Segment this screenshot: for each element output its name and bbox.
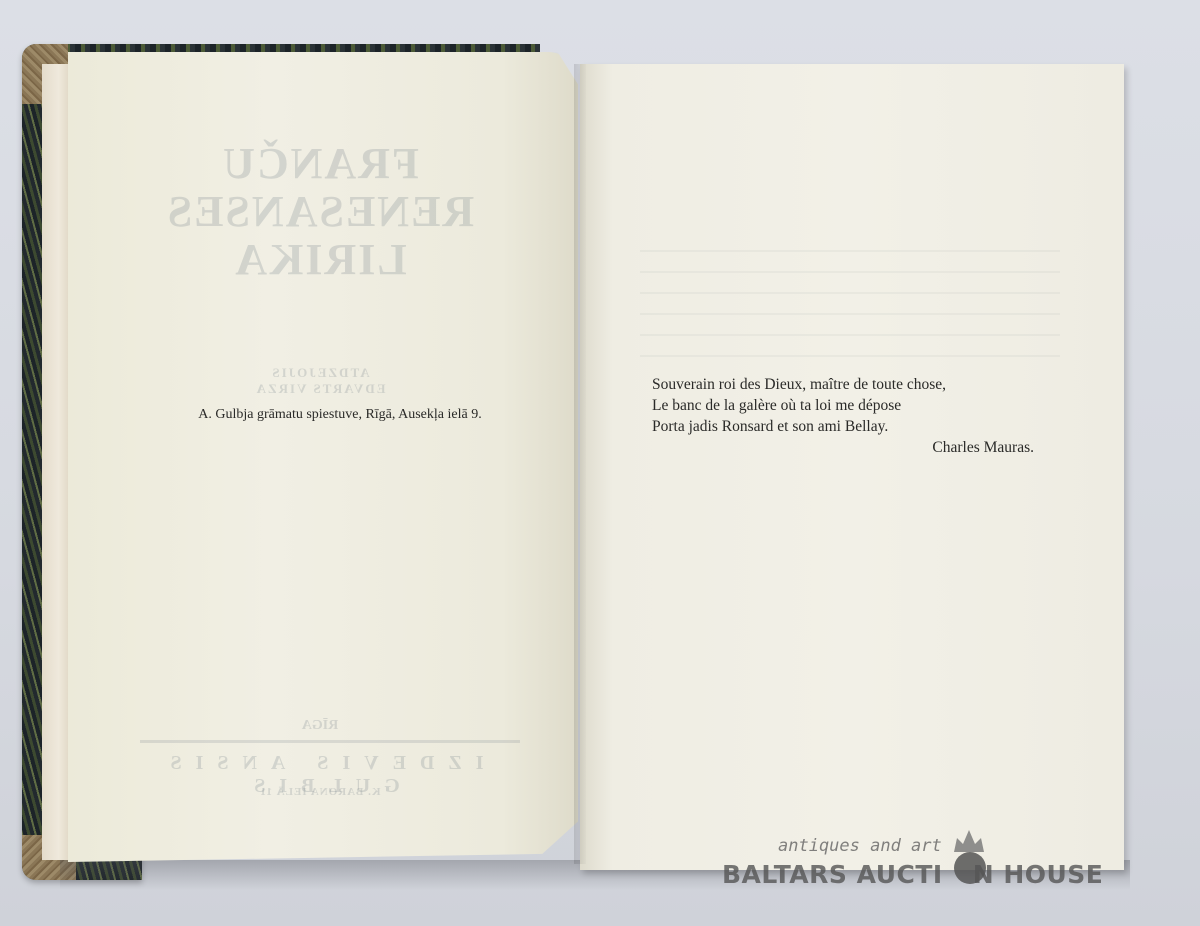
book-photo: FRANČU RENESANSES LIRIKA ATDZEJOJIS EDVA…: [0, 0, 1200, 926]
printer-imprint: A. Gulbja grāmatu spiestuve, Rīgā, Ausek…: [160, 407, 520, 423]
book-gutter: [574, 64, 586, 864]
show-through-lines: [640, 250, 1060, 376]
right-page: [580, 64, 1124, 870]
endpaper-strip: [42, 64, 71, 860]
epigraph: Souverain roi des Dieux, maître de toute…: [652, 374, 1052, 458]
show-through-city: RĪGA: [100, 718, 540, 734]
show-through-title: FRANČU RENESANSES LIRIKA: [100, 140, 540, 284]
watermark-brand: BALTARS AUCTIN HOUSE: [722, 860, 1103, 889]
show-through-rule: [140, 740, 520, 743]
epigraph-line: Souverain roi des Dieux, maître de toute…: [652, 374, 1052, 395]
epigraph-line: Porta jadis Ronsard et son ami Bellay.: [652, 416, 1052, 437]
crown-icon: [952, 830, 986, 854]
show-through-translator: ATDZEJOJIS EDVARTS VIRZA: [100, 365, 540, 397]
epigraph-author: Charles Mauras.: [652, 437, 1052, 458]
epigraph-line: Le banc de la galère où ta loi me dépose: [652, 395, 1052, 416]
show-through-address: K. BARONA IELĀ 11: [100, 786, 540, 798]
watermark-logo: antiques and art BALTARS AUCTIN HOUSE: [722, 836, 1122, 896]
watermark-tagline: antiques and art: [778, 836, 942, 856]
